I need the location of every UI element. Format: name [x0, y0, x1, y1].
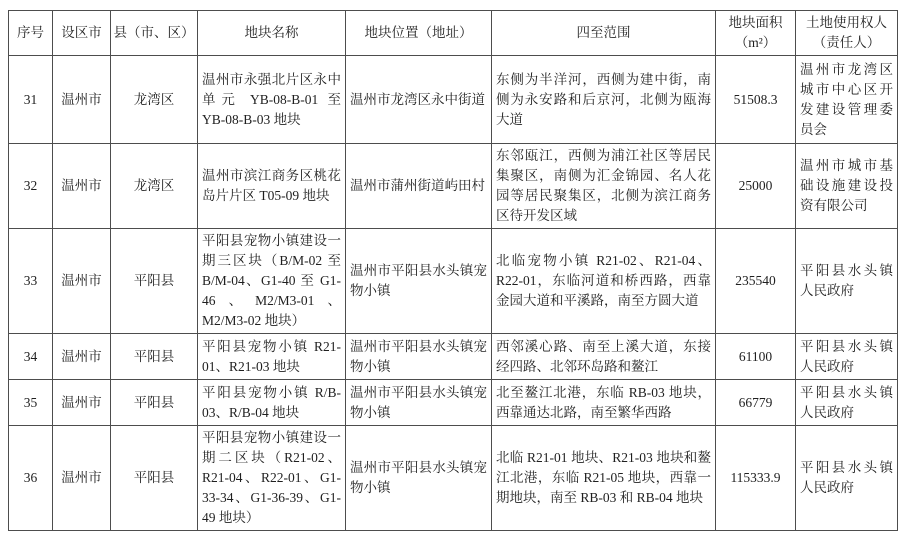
table-row: 33 温州市 平阳县 平阳县宠物小镇建设一期三区块（B/M-02 至 B/M-0…	[9, 229, 898, 334]
column-header-plot-name: 地块名称	[198, 11, 346, 56]
table-row: 34 温州市 平阳县 平阳县宠物小镇 R21-01、R21-03 地块 温州市平…	[9, 334, 898, 380]
cell-serial: 31	[9, 56, 53, 144]
cell-holder: 平阳县水头镇人民政府	[796, 229, 898, 334]
cell-serial: 35	[9, 380, 53, 426]
cell-holder: 平阳县水头镇人民政府	[796, 426, 898, 531]
cell-boundary: 东侧为半洋河，西侧为建中街，南侧为永安路和后京河，北侧为瓯海大道	[492, 56, 716, 144]
cell-serial: 33	[9, 229, 53, 334]
cell-plot-location: 温州市平阳县水头镇宠物小镇	[346, 380, 492, 426]
cell-plot-name: 温州市永强北片区永中单元 YB-08-B-01 至 YB-08-B-03 地块	[198, 56, 346, 144]
table-body: 31 温州市 龙湾区 温州市永强北片区永中单元 YB-08-B-01 至 YB-…	[9, 56, 898, 531]
table-row: 35 温州市 平阳县 平阳县宠物小镇 R/B-03、R/B-04 地块 温州市平…	[9, 380, 898, 426]
cell-county: 平阳县	[111, 380, 198, 426]
cell-city: 温州市	[53, 144, 111, 229]
cell-plot-location: 温州市龙湾区永中街道	[346, 56, 492, 144]
cell-boundary: 西邻溪心路、南至上溪大道，东接经四路、北邻环岛路和鳌江	[492, 334, 716, 380]
cell-plot-name: 平阳县宠物小镇建设一期三区块（B/M-02 至 B/M-04、G1-40 至 G…	[198, 229, 346, 334]
column-header-boundary: 四至范围	[492, 11, 716, 56]
cell-county: 平阳县	[111, 334, 198, 380]
column-header-serial: 序号	[9, 11, 53, 56]
column-header-city: 设区市	[53, 11, 111, 56]
cell-holder: 温州市城市基础设施建设投资有限公司	[796, 144, 898, 229]
cell-boundary: 北临 R21-01 地块、R21-03 地块和鳌江北港，东临 R21-05 地块…	[492, 426, 716, 531]
cell-county: 平阳县	[111, 229, 198, 334]
column-header-county: 县（市、区）	[111, 11, 198, 56]
column-header-area: 地块面积（m²）	[716, 11, 796, 56]
cell-holder: 温州市龙湾区城市中心区开发建设管理委员会	[796, 56, 898, 144]
cell-plot-location: 温州市平阳县水头镇宠物小镇	[346, 229, 492, 334]
cell-area: 61100	[716, 334, 796, 380]
cell-city: 温州市	[53, 56, 111, 144]
cell-city: 温州市	[53, 380, 111, 426]
cell-area: 66779	[716, 380, 796, 426]
column-header-plot-location: 地块位置（地址）	[346, 11, 492, 56]
cell-city: 温州市	[53, 229, 111, 334]
column-header-holder: 土地使用权人（责任人）	[796, 11, 898, 56]
cell-plot-location: 温州市平阳县水头镇宠物小镇	[346, 334, 492, 380]
cell-serial: 34	[9, 334, 53, 380]
cell-boundary: 东邻瓯江，西侧为浦江社区等居民集聚区，南侧为汇金锦园、名人花园等居民聚集区，北侧…	[492, 144, 716, 229]
cell-boundary: 北至鳌江北港，东临 RB-03 地块，西靠通达北路，南至繁华西路	[492, 380, 716, 426]
header-row: 序号 设区市 县（市、区） 地块名称 地块位置（地址） 四至范围 地块面积（m²…	[9, 11, 898, 56]
cell-county: 平阳县	[111, 426, 198, 531]
cell-serial: 32	[9, 144, 53, 229]
cell-city: 温州市	[53, 426, 111, 531]
cell-area: 115333.9	[716, 426, 796, 531]
table-row: 32 温州市 龙湾区 温州市滨江商务区桃花岛片片区 T05-09 地块 温州市蒲…	[9, 144, 898, 229]
table-header: 序号 设区市 县（市、区） 地块名称 地块位置（地址） 四至范围 地块面积（m²…	[9, 11, 898, 56]
cell-city: 温州市	[53, 334, 111, 380]
cell-boundary: 北临宠物小镇 R21-02、R21-04、R22-01，东临河道和桥西路，西靠金…	[492, 229, 716, 334]
table-row: 31 温州市 龙湾区 温州市永强北片区永中单元 YB-08-B-01 至 YB-…	[9, 56, 898, 144]
cell-serial: 36	[9, 426, 53, 531]
cell-plot-location: 温州市平阳县水头镇宠物小镇	[346, 426, 492, 531]
cell-plot-name: 平阳县宠物小镇 R21-01、R21-03 地块	[198, 334, 346, 380]
cell-holder: 平阳县水头镇人民政府	[796, 380, 898, 426]
cell-area: 51508.3	[716, 56, 796, 144]
land-plots-table: 序号 设区市 县（市、区） 地块名称 地块位置（地址） 四至范围 地块面积（m²…	[8, 10, 898, 531]
cell-county: 龙湾区	[111, 144, 198, 229]
cell-plot-name: 温州市滨江商务区桃花岛片片区 T05-09 地块	[198, 144, 346, 229]
cell-holder: 平阳县水头镇人民政府	[796, 334, 898, 380]
cell-plot-name: 平阳县宠物小镇建设一期二区块（R21-02、R21-04、R22-01、G1-3…	[198, 426, 346, 531]
cell-county: 龙湾区	[111, 56, 198, 144]
cell-area: 235540	[716, 229, 796, 334]
table-row: 36 温州市 平阳县 平阳县宠物小镇建设一期二区块（R21-02、R21-04、…	[9, 426, 898, 531]
cell-plot-name: 平阳县宠物小镇 R/B-03、R/B-04 地块	[198, 380, 346, 426]
cell-plot-location: 温州市蒲州街道屿田村	[346, 144, 492, 229]
document-page: 序号 设区市 县（市、区） 地块名称 地块位置（地址） 四至范围 地块面积（m²…	[0, 0, 908, 533]
cell-area: 25000	[716, 144, 796, 229]
